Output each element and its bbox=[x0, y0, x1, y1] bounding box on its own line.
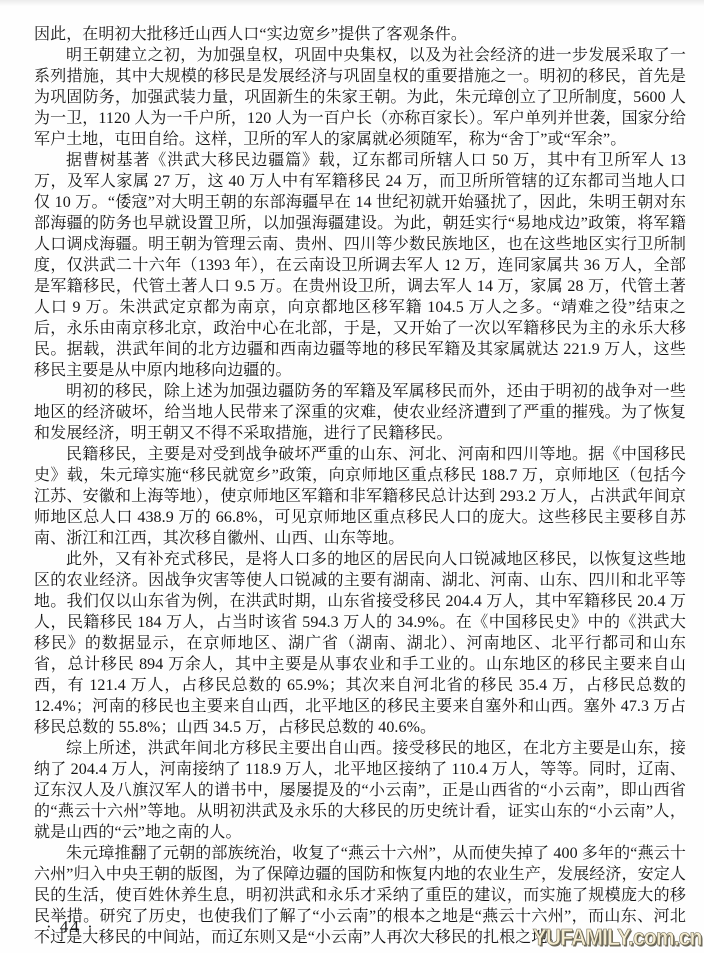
watermark: YUFAMILY.com.cn bbox=[533, 924, 702, 951]
paragraph: 明初的移民，除上述为加强边疆防务的军籍及军属移民而外，还由于明初的战争对一些地区… bbox=[34, 381, 686, 444]
page-text: 因此，在明初大批移迁山西人口“实边宽乡”提供了客观条件。 明王朝建立之初，为加强… bbox=[34, 24, 686, 948]
scanned-page: 因此，在明初大批移迁山西人口“实边宽乡”提供了客观条件。 明王朝建立之初，为加强… bbox=[0, 0, 704, 953]
paragraph: 明王朝建立之初，为加强皇权，巩固中央集权，以及为社会经济的进一步发展采取了一系列… bbox=[34, 45, 686, 150]
page-number: · 44 · bbox=[46, 917, 95, 937]
scan-edge-artifact bbox=[0, 0, 704, 6]
paragraph: 此外，又有补充式移民，是将人口多的地区的居民向人口锐减地区移民，以恢复这些地区的… bbox=[34, 549, 686, 738]
paragraph: 综上所述，洪武年间北方移民主要出自山西。接受移民的地区，在北方主要是山东，接纳了… bbox=[34, 738, 686, 843]
paragraph: 据曹树基著《洪武大移民边疆篇》载，辽东都司所辖人口 50 万，其中有卫所军人 1… bbox=[34, 150, 686, 381]
paragraph: 因此，在明初大批移迁山西人口“实边宽乡”提供了客观条件。 bbox=[34, 24, 686, 45]
paragraph: 民籍移民，主要是对受到战争破坏严重的山东、河北、河南和四川等地。据《中国移民史》… bbox=[34, 444, 686, 549]
